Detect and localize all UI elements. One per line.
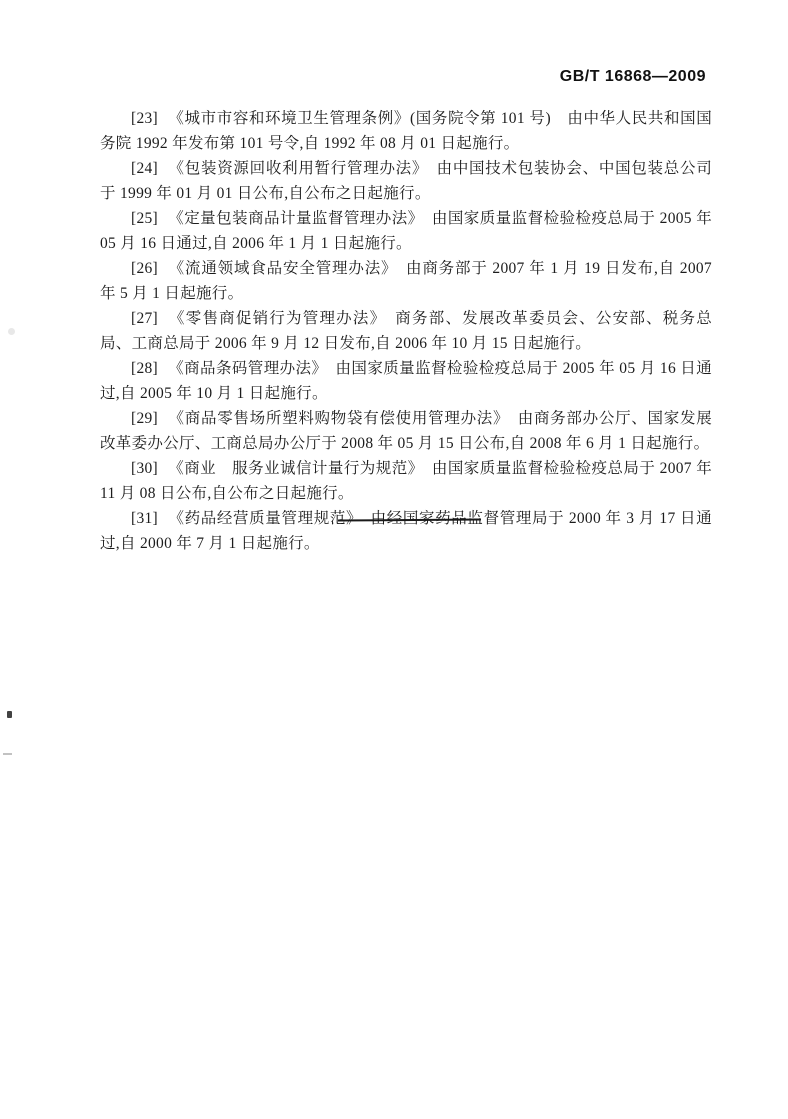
reference-item: [23]《城市市容和环境卫生管理条例》(国务院令第 101 号) 由中华人民共和… (100, 106, 712, 156)
reference-label: [24] (131, 160, 158, 177)
standard-number: GB/T 16868—2009 (560, 68, 706, 86)
reference-text: 《定量包装商品计量监督管理办法》 由国家质量监督检验检疫总局于 2005 年 0… (100, 210, 712, 252)
scan-artifact (7, 711, 12, 718)
reference-item: [24]《包装资源回收利用暂行管理办法》 由中国技术包装协会、中国包装总公司于 … (100, 156, 712, 206)
reference-item: [27]《零售商促销行为管理办法》 商务部、发展改革委员会、公安部、税务总局、工… (100, 306, 712, 356)
reference-text: 《商品零售场所塑料购物袋有偿使用管理办法》 由商务部办公厅、国家发展改革委办公厅… (100, 410, 712, 452)
reference-item: [26]《流通领域食品安全管理办法》 由商务部于 2007 年 1 月 19 日… (100, 256, 712, 306)
reference-text: 《商业 服务业诚信计量行为规范》 由国家质量监督检验检疫总局于 2007 年 1… (100, 460, 712, 502)
reference-label: [28] (131, 360, 158, 377)
reference-label: [30] (131, 460, 158, 477)
reference-label: [27] (131, 310, 158, 327)
reference-text: 《流通领域食品安全管理办法》 由商务部于 2007 年 1 月 19 日发布,自… (100, 260, 712, 302)
reference-text: 《包装资源回收利用暂行管理办法》 由中国技术包装协会、中国包装总公司于 1999… (100, 160, 712, 202)
reference-text: 《零售商促销行为管理办法》 商务部、发展改革委员会、公安部、税务总局、工商总局于… (100, 310, 712, 352)
document-page: GB/T 16868—2009 [23]《城市市容和环境卫生管理条例》(国务院令… (0, 0, 788, 1119)
reference-item: [25]《定量包装商品计量监督管理办法》 由国家质量监督检验检疫总局于 2005… (100, 206, 712, 256)
reference-label: [26] (131, 260, 158, 277)
scan-artifact (8, 328, 15, 335)
reference-item: [30]《商业 服务业诚信计量行为规范》 由国家质量监督检验检疫总局于 2007… (100, 456, 712, 506)
reference-text: 《城市市容和环境卫生管理条例》(国务院令第 101 号) 由中华人民共和国国务院… (100, 110, 712, 152)
reference-label: [25] (131, 210, 158, 227)
references-list: [23]《城市市容和环境卫生管理条例》(国务院令第 101 号) 由中华人民共和… (100, 106, 712, 556)
reference-text: 《药品经营质量管理规范》 由经国家药品监督管理局于 2000 年 3 月 17 … (100, 510, 712, 552)
reference-label: [31] (131, 510, 158, 527)
reference-label: [23] (131, 110, 158, 127)
reference-item: [28]《商品条码管理办法》 由国家质量监督检验检疫总局于 2005 年 05 … (100, 356, 712, 406)
reference-item: [31]《药品经营质量管理规范》 由经国家药品监督管理局于 2000 年 3 月… (100, 506, 712, 556)
reference-text: 《商品条码管理办法》 由国家质量监督检验检疫总局于 2005 年 05 月 16… (100, 360, 712, 402)
scan-artifact (3, 753, 12, 755)
reference-item: [29]《商品零售场所塑料购物袋有偿使用管理办法》 由商务部办公厅、国家发展改革… (100, 406, 712, 456)
reference-label: [29] (131, 410, 158, 427)
